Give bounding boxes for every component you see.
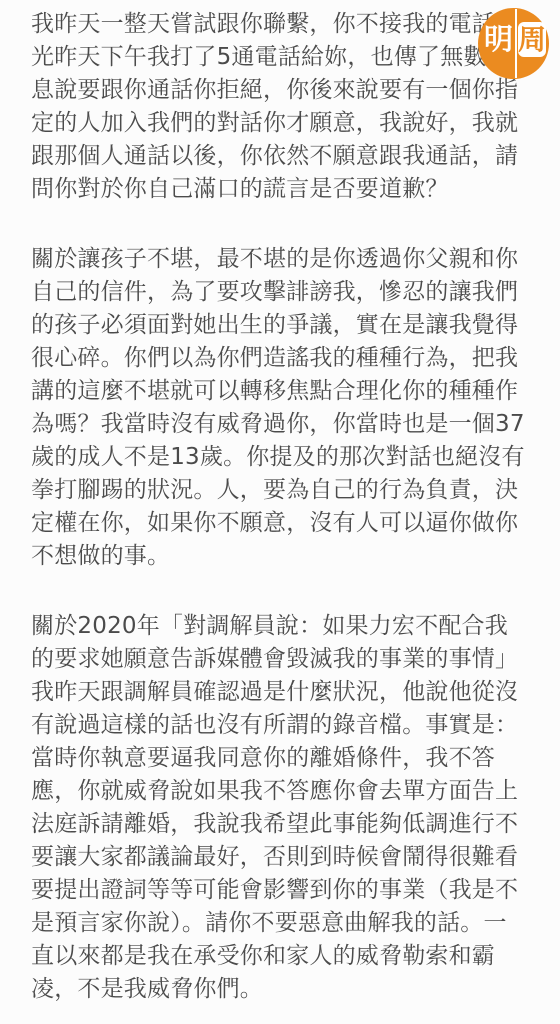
text-line: 當時你執意要逼我同意你的離婚條件，我不答 — [31, 742, 525, 775]
text-line: 自己的信件，為了要攻擊誹謗我，慘忍的讓我們 — [31, 276, 525, 309]
text-line: 講的這麼不堪就可以轉移焦點合理化你的種種作 — [31, 375, 525, 408]
statement-text: 我昨天一整天嘗試跟你聯繫，你不接我的電話。 光昨天下午我打了5通電話給妳，也傳了… — [31, 8, 525, 1006]
logo-divider-line — [515, 9, 517, 78]
logo-zhou-box: 周 — [518, 22, 546, 57]
text-line: 拳打腳踢的狀況。人，要為自己的行為負責，決 — [31, 474, 525, 507]
text-line: 光昨天下午我打了5通電話給妳，也傳了無數訊 — [31, 41, 525, 74]
text-line: 的要求她願意告訴媒體會毀滅我的事業的事情」 — [31, 643, 525, 676]
text-line: 歲的成人不是13歲。你提及的那次對話也絕沒有 — [31, 441, 525, 474]
text-line: 有說過這樣的話也沒有所謂的錄音檔。事實是： — [31, 709, 525, 742]
mingpao-weekly-watermark: 明 周 — [478, 8, 549, 79]
text-line: 跟那個人通話以後，你依然不願意跟我通話，請 — [31, 140, 525, 173]
text-line: 息說要跟你通話你拒絕，你後來說要有一個你指 — [31, 74, 525, 107]
text-line: 應，你就威脅說如果我不答應你會去單方面告上 — [31, 775, 525, 808]
text-line: 是預言家你說）。請你不要惡意曲解我的話。一 — [31, 907, 525, 940]
logo-zhou-character: 周 — [518, 22, 546, 57]
text-line: 很心碎。你們以為你們造謠我的種種行為，把我 — [31, 342, 525, 375]
text-line: 法庭訴請離婚，我說我希望此事能夠低調進行不 — [31, 808, 525, 841]
text-line: 為嗎？我當時沒有威脅過你，你當時也是一個37 — [31, 408, 525, 441]
logo-ming-character: 明 — [482, 22, 515, 56]
statement-screenshot: 我昨天一整天嘗試跟你聯繫，你不接我的電話。 光昨天下午我打了5通電話給妳，也傳了… — [0, 0, 560, 1024]
text-line: 關於讓孩子不堪，最不堪的是你透過你父親和你 — [31, 243, 525, 276]
text-line: 關於2020年「對調解員說：如果力宏不配合我 — [31, 610, 525, 643]
text-line: 定權在你，如果你不願意，沒有人可以逼你做你 — [31, 507, 525, 540]
text-line: 我昨天一整天嘗試跟你聯繫，你不接我的電話。 — [31, 8, 525, 41]
text-line: 問你對於你自己滿口的謊言是否要道歉？ — [31, 173, 525, 206]
text-line: 不想做的事。 — [31, 540, 525, 573]
text-line: 的孩子必須面對她出生的爭議，實在是讓我覺得 — [31, 309, 525, 342]
paragraph-1: 我昨天一整天嘗試跟你聯繫，你不接我的電話。 光昨天下午我打了5通電話給妳，也傳了… — [31, 8, 525, 206]
text-line: 直以來都是我在承受你和家人的威脅勒索和霸 — [31, 940, 525, 973]
paragraph-2: 關於讓孩子不堪，最不堪的是你透過你父親和你 自己的信件，為了要攻擊誹謗我，慘忍的… — [31, 243, 525, 573]
text-line: 我昨天跟調解員確認過是什麼狀況，他說他從沒 — [31, 676, 525, 709]
paragraph-3: 關於2020年「對調解員說：如果力宏不配合我 的要求她願意告訴媒體會毀滅我的事業… — [31, 610, 525, 1006]
text-line: 要提出證詞等等可能會影響到你的事業（我是不 — [31, 874, 525, 907]
text-line: 要讓大家都議論最好，否則到時候會鬧得很難看 — [31, 841, 525, 874]
text-line: 定的人加入我們的對話你才願意，我說好，我就 — [31, 107, 525, 140]
text-line: 凌，不是我威脅你們。 — [31, 973, 525, 1006]
